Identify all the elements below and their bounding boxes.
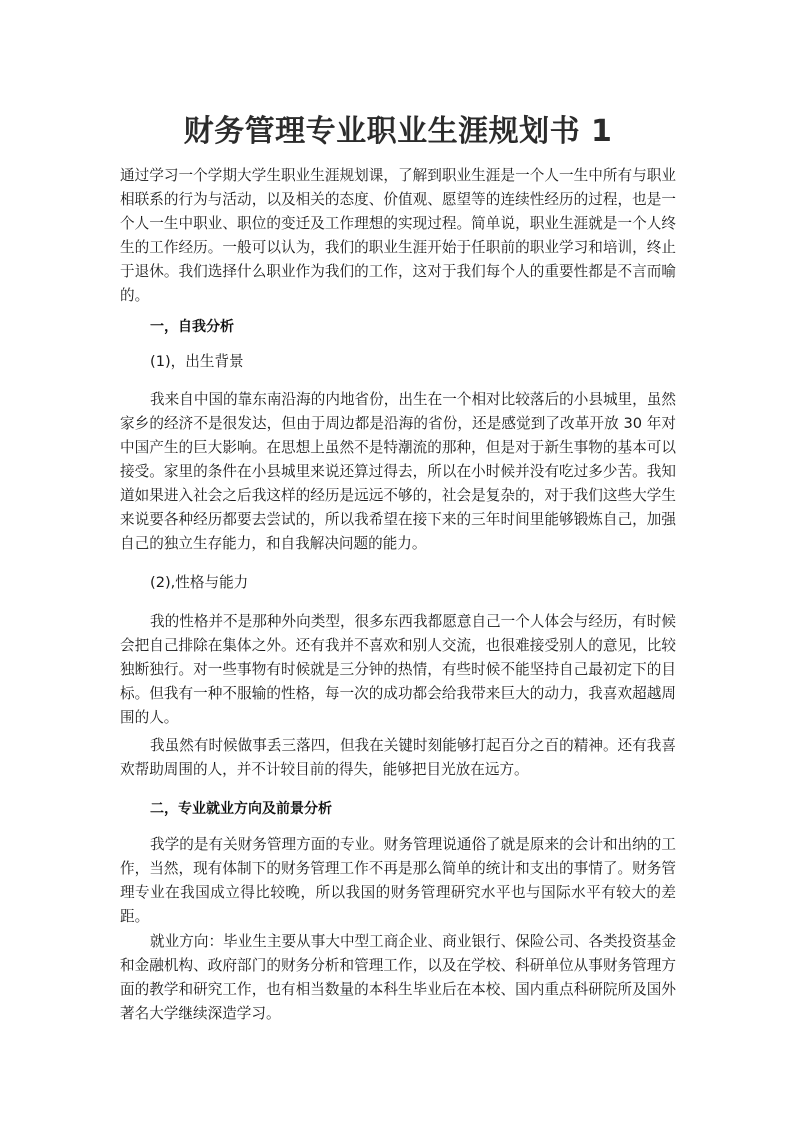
section-heading-self-analysis: 一，自我分析	[150, 315, 234, 339]
intro-paragraph: 通过学习一个学期大学生职业生涯规划课，了解到职业生涯是一个人一生中所有与职业相联…	[120, 164, 676, 308]
employment-direction-paragraph: 就业方向：毕业生主要从事大中型工商企业、商业银行、保险公司、各类投资基金和金融机…	[120, 930, 676, 1026]
personality-paragraph-2: 我虽然有时候做事丢三落四，但我在关键时刻能够打起百分之百的精神。还有我喜欢帮助周…	[120, 734, 676, 782]
section-heading-career-direction: 二，专业就业方向及前景分析	[150, 797, 332, 821]
subsection-heading-personality: (2),性格与能力	[150, 571, 248, 595]
subsection-heading-background: (1)，出生背景	[150, 350, 244, 374]
background-paragraph: 我来自中国的靠东南沿海的内地省份，出生在一个相对比较落后的小县城里，虽然家乡的经…	[120, 388, 676, 556]
major-paragraph: 我学的是有关财务管理方面的专业。财务管理说通俗了就是原来的会计和出纳的工作，当然…	[120, 833, 676, 929]
document-title: 财务管理专业职业生涯规划书 1	[120, 106, 676, 150]
personality-paragraph-1: 我的性格并不是那种外向类型，很多东西我都愿意自己一个人体会与经历，有时候会把自己…	[120, 610, 676, 730]
